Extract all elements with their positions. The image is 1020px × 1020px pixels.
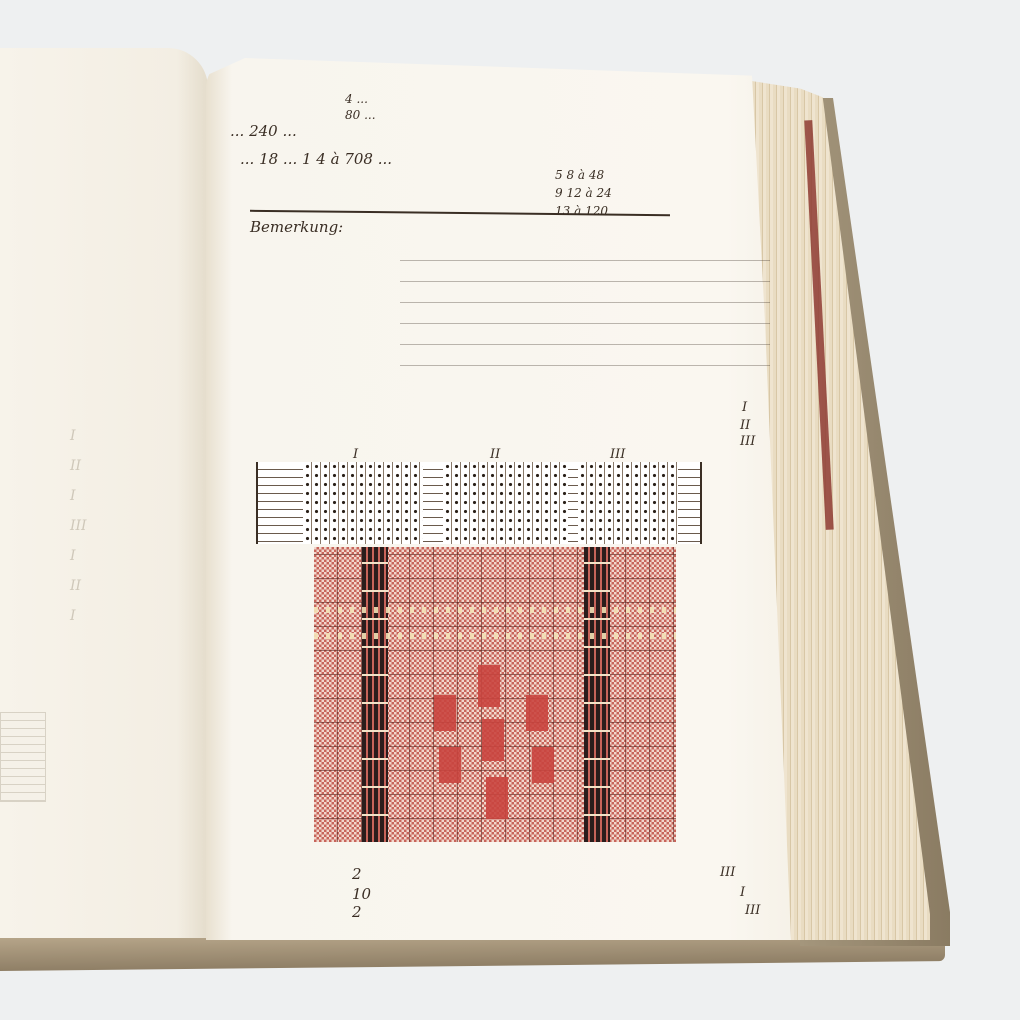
header-line: 4 ... bbox=[345, 92, 368, 106]
ghost-mark: II bbox=[70, 578, 81, 594]
red-block bbox=[478, 665, 500, 707]
draft-label: II bbox=[490, 447, 500, 462]
draft-block-ii bbox=[443, 462, 568, 544]
ghost-mark: III bbox=[70, 518, 87, 534]
faint-ruled-table bbox=[0, 712, 46, 802]
ghost-mark: I bbox=[70, 608, 76, 624]
header-line: 5 8 à 48 bbox=[555, 168, 604, 182]
header-line: 13 à 120 bbox=[555, 204, 608, 218]
ghost-mark: I bbox=[70, 548, 76, 564]
footer-qty: 10 bbox=[352, 885, 371, 903]
footer-ref: III bbox=[720, 865, 735, 880]
note-label: Bemerkung: bbox=[250, 218, 343, 236]
draft-label: I bbox=[353, 447, 358, 462]
red-block bbox=[439, 747, 461, 783]
red-block bbox=[532, 747, 554, 783]
red-block bbox=[482, 719, 504, 761]
red-block bbox=[434, 695, 456, 731]
note-ref: III bbox=[740, 434, 755, 449]
cream-weft-band bbox=[314, 607, 676, 613]
ghost-mark: II bbox=[70, 458, 81, 474]
note-ref: II bbox=[740, 418, 750, 433]
draft-block-i bbox=[303, 462, 423, 544]
footer-ref: I bbox=[740, 885, 745, 900]
handwritten-note-paragraph bbox=[400, 240, 770, 380]
dark-stripe bbox=[584, 547, 610, 842]
red-block bbox=[486, 777, 508, 819]
footer-qty: 2 bbox=[352, 903, 362, 921]
ghost-mark: I bbox=[70, 488, 76, 504]
header-line: 80 ... bbox=[345, 108, 376, 122]
draft-label: III bbox=[610, 447, 625, 462]
dark-stripe bbox=[362, 547, 388, 842]
ghost-mark: I bbox=[70, 428, 76, 444]
header-line: ... 18 ... 1 4 à 708 ... bbox=[240, 150, 392, 168]
left-page: I II I III I II I bbox=[0, 48, 208, 938]
header-line: ... 240 ... bbox=[230, 122, 297, 140]
header-line: 9 12 à 24 bbox=[555, 186, 612, 200]
red-block bbox=[526, 695, 548, 731]
fabric-swatch bbox=[314, 547, 676, 842]
note-ref: I bbox=[742, 400, 747, 415]
footer-ref: III bbox=[745, 903, 760, 918]
point-paper-draft bbox=[256, 462, 702, 544]
draft-block-iii bbox=[578, 462, 678, 544]
cream-weft-band bbox=[314, 633, 676, 639]
footer-qty: 2 bbox=[352, 865, 362, 883]
